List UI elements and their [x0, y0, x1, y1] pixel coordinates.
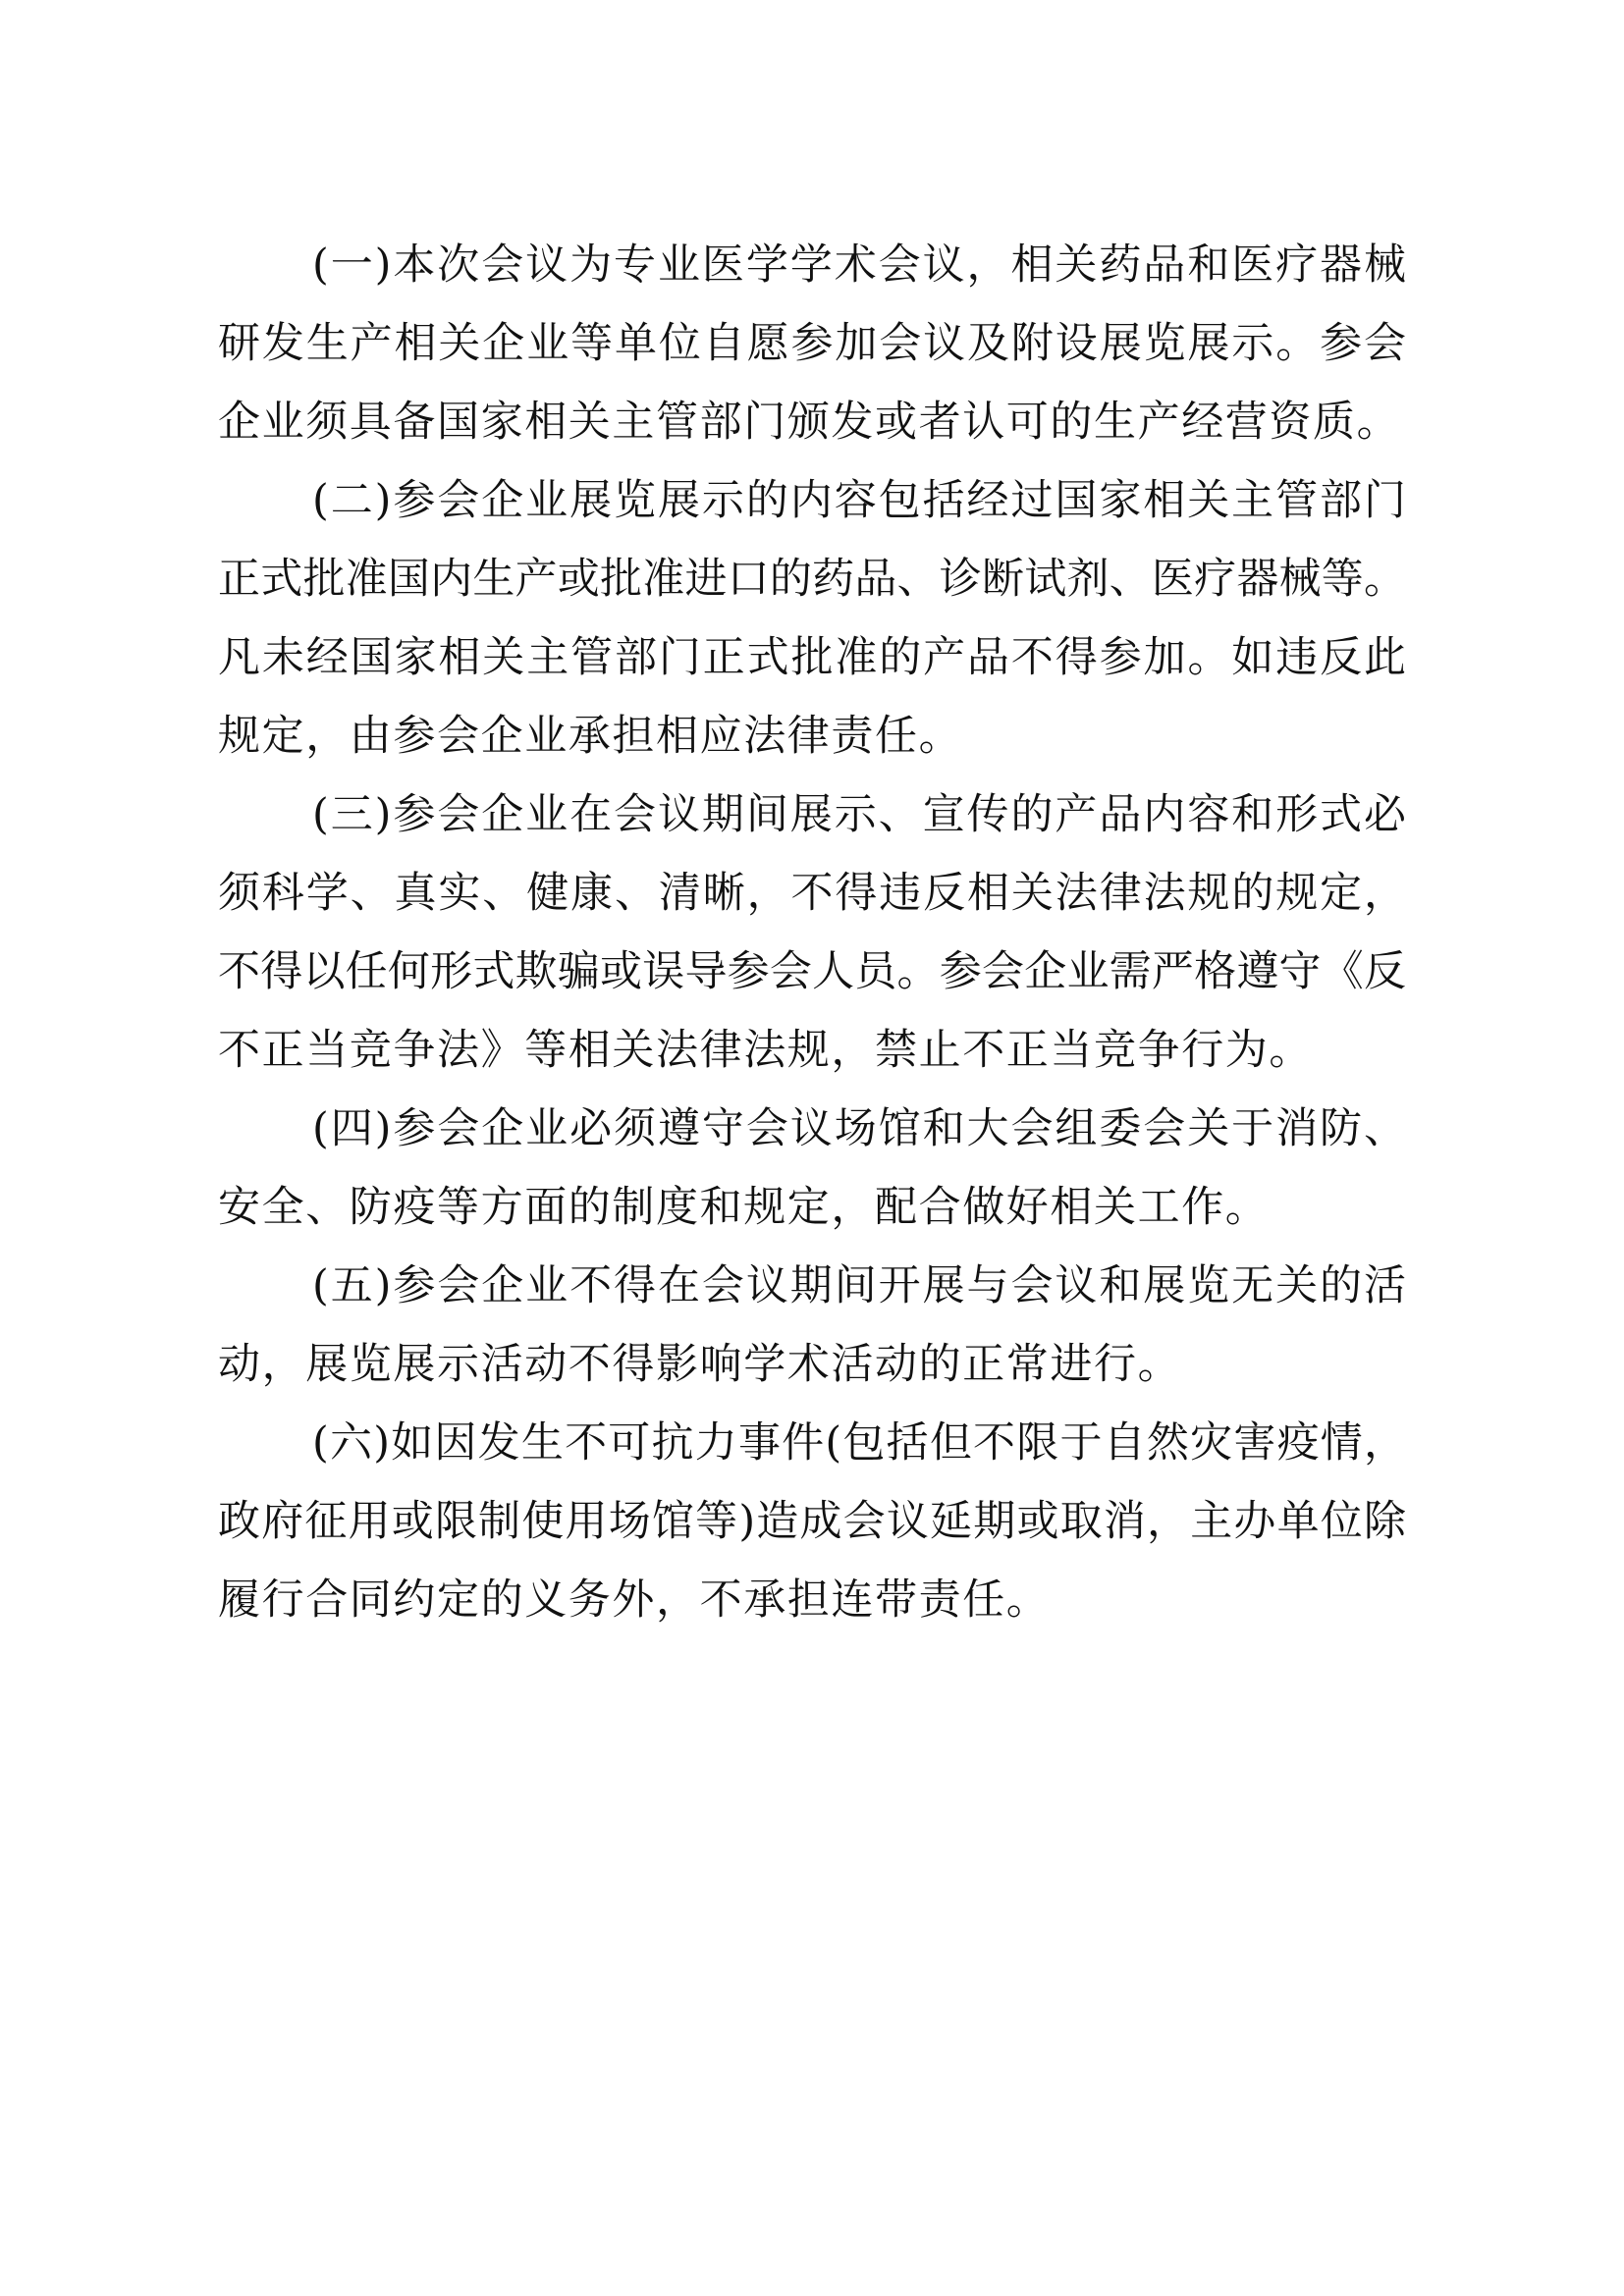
paragraph-line: (一)本次会议为专业医学学术会议，相关药品和医疗器械: [218, 226, 1406, 304]
paragraph-line: 安全、防疫等方面的制度和规定，配合做好相关工作。: [218, 1168, 1406, 1247]
document-page: (一)本次会议为专业医学学术会议，相关药品和医疗器械 研发生产相关企业等单位自愿…: [0, 0, 1624, 2296]
paragraph-line: (四)参会企业必须遵守会议场馆和大会组委会关于消防、: [218, 1090, 1406, 1168]
paragraph-6: (六)如因发生不可抗力事件(包括但不限于自然灾害疫情， 政府征用或限制使用场馆等…: [218, 1404, 1406, 1639]
paragraph-line: (五)参会企业不得在会议期间开展与会议和展览无关的活: [218, 1247, 1406, 1325]
paragraph-line: 不正当竞争法》等相关法律法规，禁止不正当竞争行为。: [218, 1011, 1406, 1090]
paragraph-line: 凡未经国家相关主管部门正式批准的产品不得参加。如违反此: [218, 618, 1406, 697]
paragraph-line: 履行合同约定的义务外，不承担连带责任。: [218, 1561, 1406, 1639]
paragraph-line: 须科学、真实、健康、清晰，不得违反相关法律法规的规定，: [218, 854, 1406, 933]
paragraph-line: 研发生产相关企业等单位自愿参加会议及附设展览展示。参会: [218, 304, 1406, 383]
paragraph-line: (六)如因发生不可抗力事件(包括但不限于自然灾害疫情，: [218, 1404, 1406, 1482]
paragraph-line: 规定，由参会企业承担相应法律责任。: [218, 697, 1406, 775]
paragraph-2: (二)参会企业展览展示的内容包括经过国家相关主管部门 正式批准国内生产或批准进口…: [218, 461, 1406, 775]
paragraph-line: 正式批准国内生产或批准进口的药品、诊断试剂、医疗器械等。: [218, 540, 1406, 618]
paragraph-5: (五)参会企业不得在会议期间开展与会议和展览无关的活 动，展览展示活动不得影响学…: [218, 1247, 1406, 1404]
paragraph-3: (三)参会企业在会议期间展示、宣传的产品内容和形式必 须科学、真实、健康、清晰，…: [218, 775, 1406, 1090]
paragraph-line: 政府征用或限制使用场馆等)造成会议延期或取消，主办单位除: [218, 1482, 1406, 1561]
paragraph-line: 不得以任何形式欺骗或误导参会人员。参会企业需严格遵守《反: [218, 933, 1406, 1011]
paragraph-line: 企业须具备国家相关主管部门颁发或者认可的生产经营资质。: [218, 383, 1406, 461]
paragraph-line: 动，展览展示活动不得影响学术活动的正常进行。: [218, 1325, 1406, 1404]
paragraph-line: (三)参会企业在会议期间展示、宣传的产品内容和形式必: [218, 775, 1406, 854]
paragraph-4: (四)参会企业必须遵守会议场馆和大会组委会关于消防、 安全、防疫等方面的制度和规…: [218, 1090, 1406, 1247]
paragraph-1: (一)本次会议为专业医学学术会议，相关药品和医疗器械 研发生产相关企业等单位自愿…: [218, 226, 1406, 461]
document-body: (一)本次会议为专业医学学术会议，相关药品和医疗器械 研发生产相关企业等单位自愿…: [218, 226, 1406, 1639]
paragraph-line: (二)参会企业展览展示的内容包括经过国家相关主管部门: [218, 461, 1406, 540]
